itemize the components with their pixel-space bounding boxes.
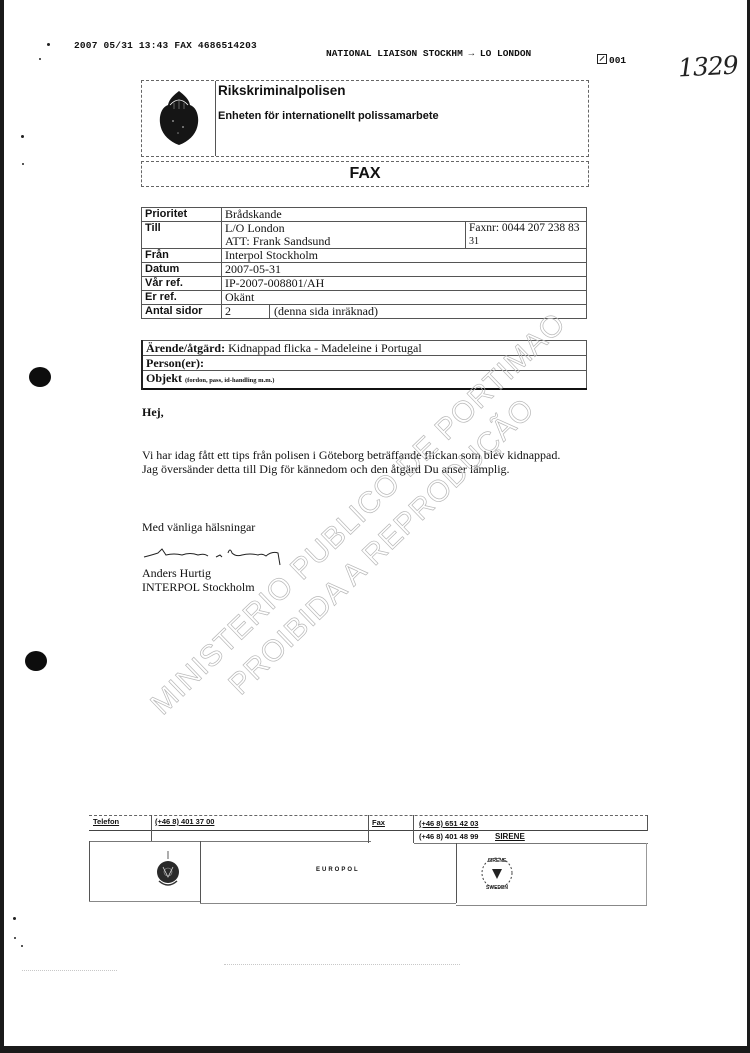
svg-text:SWEDEN: SWEDEN <box>486 885 508 891</box>
fax-title-box: FAX <box>141 161 589 187</box>
your-ref-label: Er ref. <box>142 291 222 305</box>
signer-organization: INTERPOL Stockholm <box>142 580 255 594</box>
to-label: Till <box>142 222 222 249</box>
signer-name: Anders Hurtig <box>142 566 211 580</box>
priority-value: Brådskande <box>222 208 587 222</box>
fax-metadata-table: Prioritet Brådskande Till L/O London ATT… <box>141 207 587 319</box>
fax-page-icon <box>597 54 607 64</box>
our-ref-value: IP-2007-008801/AH <box>222 277 587 291</box>
fax-number-1: (+46 8) 651 42 03 <box>419 819 478 828</box>
interpol-emblem-icon <box>151 851 185 891</box>
date-value: 2007-05-31 <box>222 263 587 277</box>
scan-artifact-line <box>22 970 117 972</box>
persons-label: Person(er): <box>146 356 204 370</box>
scan-edge-left <box>0 0 4 1053</box>
fax-label: Fax <box>372 818 385 827</box>
phone-number: (+46 8) 401 37 00 <box>155 817 214 826</box>
table-row: Till L/O London ATT: Frank Sandsund Faxn… <box>142 222 587 249</box>
fax-route: NATIONAL LIAISON STOCKHM → LO LONDON <box>326 48 531 59</box>
table-row: Prioritet Brådskande <box>142 208 587 222</box>
object-hint: (fordon, pass, id-handling m.m.) <box>185 377 274 384</box>
document-type-title: FAX <box>142 165 588 183</box>
scan-artifact-line <box>224 964 460 966</box>
recipient-fax-number: Faxnr: 0044 207 238 83 31 <box>466 222 587 249</box>
letterhead: Rikskriminalpolisen Enheten för internat… <box>141 80 589 157</box>
our-ref-label: Vår ref. <box>142 277 222 291</box>
date-label: Datum <box>142 263 222 277</box>
table-row: Vår ref. IP-2007-008801/AH <box>142 277 587 291</box>
svg-text:SIRENE: SIRENE <box>488 858 507 864</box>
swedish-police-crest-icon <box>156 89 202 147</box>
fax-transmission-header: 2007 05/31 13:43 FAX 4686514203 <box>74 40 257 51</box>
your-ref-value: Okänt <box>222 291 587 305</box>
from-value: Interpol Stockholm <box>222 249 587 263</box>
punch-hole-bottom <box>25 651 47 671</box>
scan-edge-bottom <box>0 1046 750 1053</box>
table-row: Antal sidor 2(denna sida inräknad) <box>142 305 587 319</box>
object-label: Objekt <box>146 371 182 385</box>
punch-hole-top <box>29 367 51 387</box>
to-value: L/O London ATT: Frank Sandsund <box>222 222 466 249</box>
from-label: Från <box>142 249 222 263</box>
page-count-label: Antal sidor <box>142 305 222 319</box>
page-count-note: (denna sida inräknad) <box>274 304 378 318</box>
sirene-label: SIRENE <box>495 832 525 841</box>
crest-cell <box>142 81 216 156</box>
letter-greeting: Hej, <box>142 405 164 419</box>
priority-label: Prioritet <box>142 208 222 222</box>
handwritten-page-number: 1329 <box>677 50 738 82</box>
letter-closing: Med vänliga hälsningar <box>142 520 255 534</box>
europol-logo: EUROPOL <box>316 867 360 873</box>
subject-value: Kidnappad flicka - Madeleine i Portugal <box>228 341 422 355</box>
sirene-sweden-logo-icon: SIRENE SWEDEN <box>477 853 517 893</box>
letter-paragraph: Vi har idag fått ett tips från polisen i… <box>142 448 572 476</box>
page-count-value: 2(denna sida inräknad) <box>222 305 587 319</box>
table-row: Från Interpol Stockholm <box>142 249 587 263</box>
table-row: Datum 2007-05-31 <box>142 263 587 277</box>
fax-number-2: (+46 8) 401 48 99 <box>419 832 478 841</box>
organization-name: Rikskriminalpolisen <box>218 83 346 98</box>
organization-unit: Enheten för internationellt polissamarbe… <box>218 110 439 122</box>
table-row: Er ref. Okänt <box>142 291 587 305</box>
footer-contact-block: Telefon (+46 8) 401 37 00 Fax (+46 8) 65… <box>89 815 648 915</box>
subject-label: Ärende/åtgärd: <box>146 341 225 355</box>
phone-label: Telefon <box>93 817 119 826</box>
fax-page-counter: 001 <box>597 54 626 66</box>
